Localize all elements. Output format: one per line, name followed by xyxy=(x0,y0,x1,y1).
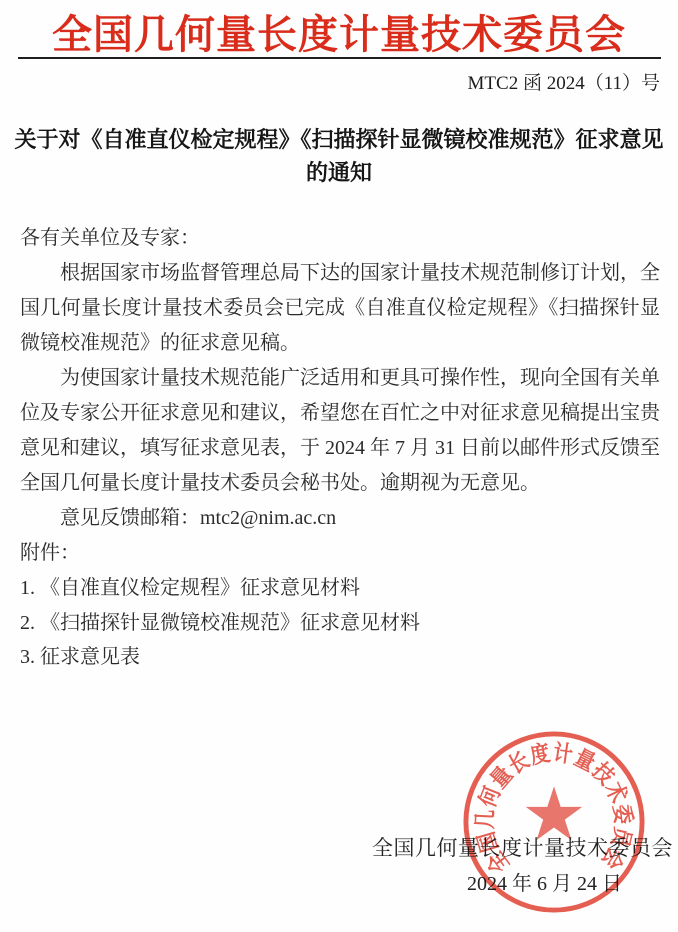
body-paragraph-1: 根据国家市场监督管理总局下达的国家计量技术规范制修订计划，全国几何量长度计量技术… xyxy=(20,256,660,361)
signature-date: 2024 年 6 月 24 日 xyxy=(394,873,678,896)
signature-org: 全国几何量长度计量技术委员会 xyxy=(372,836,673,860)
doc-number: MTC2 函 2024（11）号 xyxy=(0,73,660,95)
org-header-title: 全国几何量长度计量技术委员会 xyxy=(10,14,668,56)
notice-document-page: 全国几何量长度计量技术委员会 MTC2 函 2024（11）号 关于对《自准直仪… xyxy=(0,0,678,932)
notice-body: 各有关单位及专家： 根据国家市场监督管理总局下达的国家计量技术规范制修订计划，全… xyxy=(20,221,660,571)
body-paragraph-2: 为使国家计量技术规范能广泛适用和更具可操作性，现向全国有关单位及专家公开征求意见… xyxy=(20,361,660,501)
attachment-item-1: 1. 《自准直仪检定规程》征求意见材料 xyxy=(20,571,660,606)
notice-title-line2: 的通知 xyxy=(306,160,372,185)
feedback-email-line: 意见反馈邮箱：mtc2@nim.ac.cn xyxy=(20,501,660,536)
attachment-item-3: 3. 征求意见表 xyxy=(20,640,660,675)
attachments-list: 1. 《自准直仪检定规程》征求意见材料 2. 《扫描探针显微镜校准规范》征求意见… xyxy=(20,571,660,675)
notice-title: 关于对《自准直仪检定规程》《扫描探针显微镜校准规范》征求意见 的通知 xyxy=(14,123,664,189)
notice-title-line1: 关于对《自准直仪检定规程》《扫描探针显微镜校准规范》征求意见 xyxy=(14,127,663,152)
signature-block: 全国几何量长度计量技术委员会 2024 年 6 月 24 日 xyxy=(372,836,673,896)
attachment-item-2: 2. 《扫描探针显微镜校准规范》征求意见材料 xyxy=(20,606,660,641)
seal-star-icon xyxy=(526,786,582,840)
salutation: 各有关单位及专家： xyxy=(20,221,660,256)
header-divider xyxy=(18,57,661,59)
attachments-label: 附件： xyxy=(20,536,660,571)
